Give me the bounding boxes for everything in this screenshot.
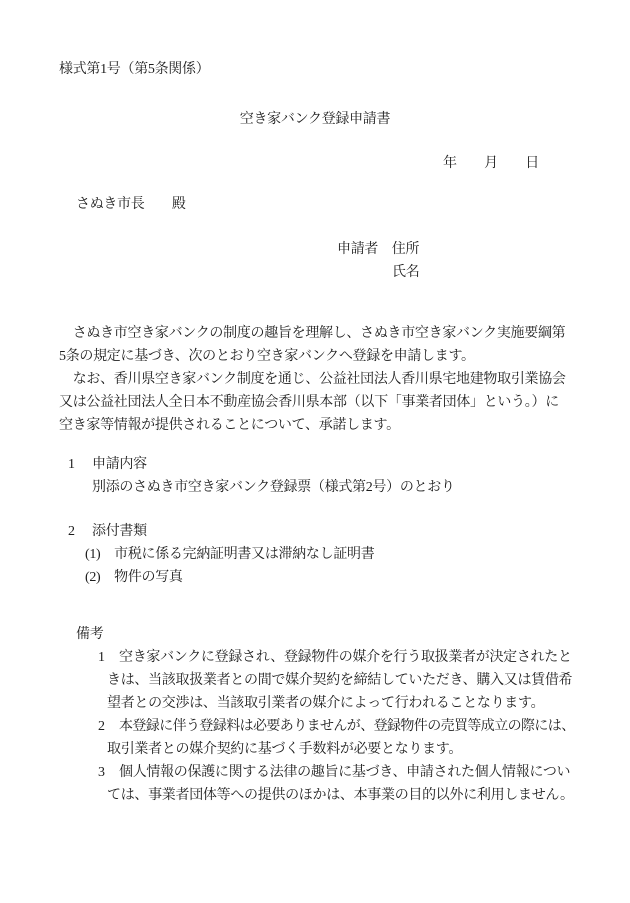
document-page: 様式第1号（第5条関係） 空き家バンク登録申請書 年 月 日 さぬき市長 殿 申…	[0, 0, 630, 903]
section-1-number: 1	[68, 453, 92, 476]
attachment-item: (2) 物件の写真	[59, 566, 571, 589]
remark-item-3: 3個人情報の保護に関する法律の趣旨に基づき、申請された個人情報につい	[59, 761, 571, 784]
remark-item-1: 1空き家バンクに登録され、登録物件の媒介を行う取扱業者が決定されたと	[59, 646, 571, 669]
attachment-item: (1) 市税に係る完納証明書又は滞納なし証明書	[59, 543, 571, 566]
remark-2-text: 本登録に伴う登録料は必要ありませんが、登録物件の売買等成立の際には、	[119, 719, 575, 734]
body-paragraph-line: 又は公益社団法人全日本不動産協会香川県本部（以下「事業者団体」という。）に	[59, 391, 571, 414]
applicant-name-label: 氏名	[59, 261, 571, 284]
applicant-address-label: 申請者 住所	[59, 238, 571, 261]
form-number: 様式第1号（第5条関係）	[59, 58, 571, 81]
remark-item-2: 2本登録に伴う登録料は必要ありませんが、登録物件の売買等成立の際には、	[59, 715, 571, 738]
date-line: 年 月 日	[59, 152, 571, 175]
remark-1-text: 空き家バンクに登録され、登録物件の媒介を行う取扱業者が決定されたと	[119, 650, 572, 665]
body-paragraph-line: 空き家等情報が提供されることについて、承諾します。	[59, 414, 571, 437]
document-title: 空き家バンク登録申請書	[59, 108, 571, 131]
remark-1-number: 1	[98, 646, 119, 669]
remark-1-continuation: 望者との交渉は、当該取引業者の媒介によって行われることなります。	[59, 692, 571, 715]
section-attachments: 2添付書類 (1) 市税に係る完納証明書又は滞納なし証明書 (2) 物件の写真	[59, 520, 571, 589]
section-2-heading: 2添付書類	[59, 520, 571, 543]
section-application-content: 1申請内容 別添のさぬき市空き家バンク登録票（様式第2号）のとおり	[59, 453, 571, 499]
remark-3-continuation: ては、事業者団体等への提供のほかは、本事業の目的以外に利用しません。	[59, 784, 571, 807]
remarks-section: 備考 1空き家バンクに登録され、登録物件の媒介を行う取扱業者が決定されたと きは…	[59, 623, 571, 807]
section-1-heading-label: 申請内容	[92, 457, 147, 472]
section-1-body: 別添のさぬき市空き家バンク登録票（様式第2号）のとおり	[59, 476, 571, 499]
body-paragraph-line: 5条の規定に基づき、次のとおり空き家バンクへ登録を申請します。	[59, 345, 571, 368]
section-2-number: 2	[68, 520, 92, 543]
remark-2-number: 2	[98, 715, 119, 738]
body-paragraph-line: さぬき市空き家バンクの制度の趣旨を理解し、さぬき市空き家バンク実施要綱第	[59, 322, 571, 345]
remark-1-continuation: きは、当該取扱業者との間で媒介契約を締結していただき、購入又は賃借希	[59, 669, 571, 692]
addressee-line: さぬき市長 殿	[59, 193, 571, 216]
body-paragraph: さぬき市空き家バンクの制度の趣旨を理解し、さぬき市空き家バンク実施要綱第 5条の…	[59, 322, 571, 437]
remark-2-continuation: 取引業者との媒介契約に基づく手数料が必要となります。	[59, 738, 571, 761]
section-2-heading-label: 添付書類	[92, 524, 147, 539]
section-1-heading: 1申請内容	[59, 453, 571, 476]
remarks-heading: 備考	[59, 623, 571, 646]
remark-3-number: 3	[98, 761, 119, 784]
body-paragraph-line: なお、香川県空き家バンク制度を通じ、公益社団法人香川県宅地建物取引業協会	[59, 368, 571, 391]
remark-3-text: 個人情報の保護に関する法律の趣旨に基づき、申請された個人情報につい	[119, 765, 570, 780]
